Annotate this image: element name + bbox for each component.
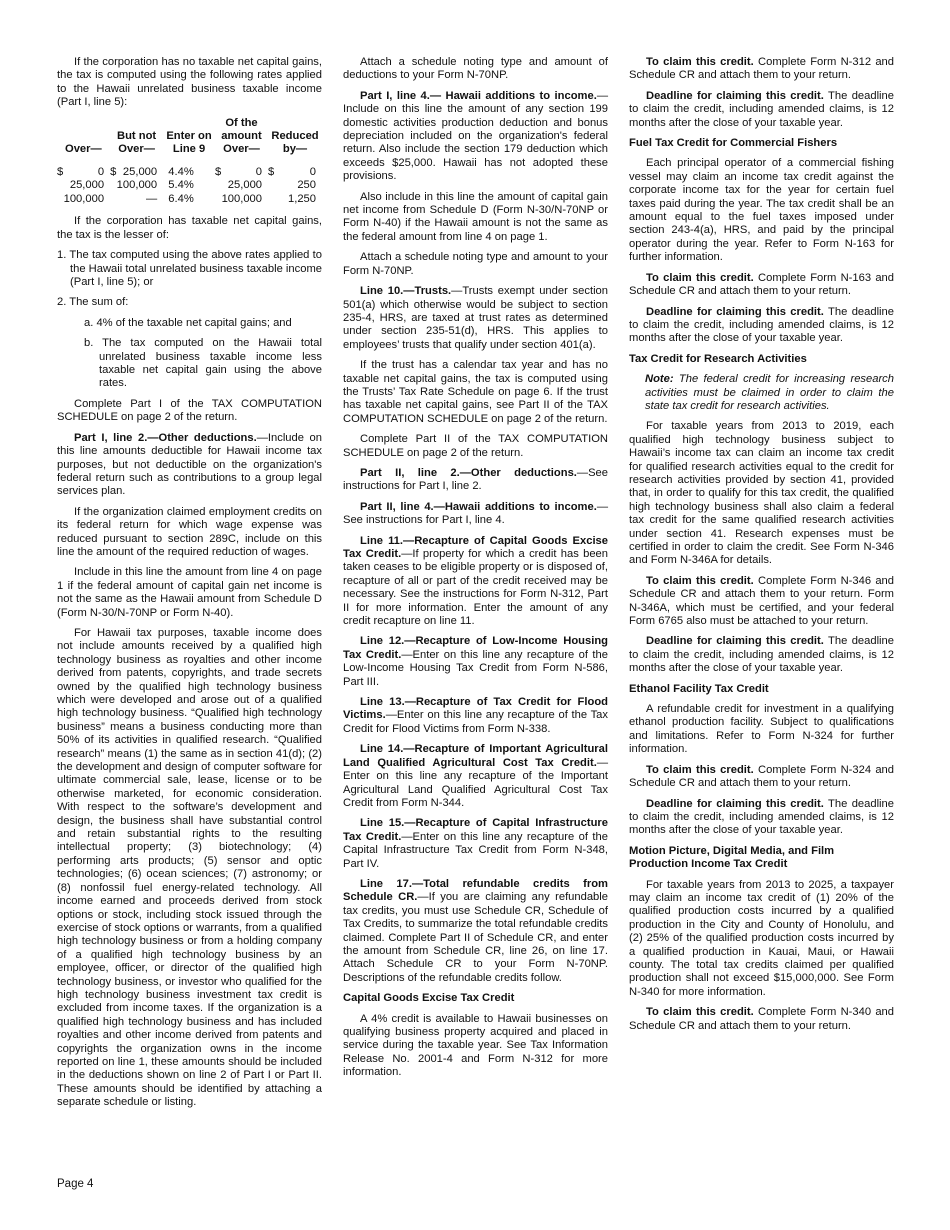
paragraph: To claim this credit. Complete Form N-32… bbox=[629, 764, 894, 791]
paragraph: Attach a schedule noting type and amount… bbox=[343, 251, 608, 278]
table-row: 100,000—6.4%100,0001,250 bbox=[57, 193, 322, 207]
paragraph: If the corporation has taxable net capit… bbox=[57, 215, 322, 242]
note-block: Note: The federal credit for increasing … bbox=[645, 373, 894, 413]
paragraph: Complete Part II of the TAX COMPUTATION … bbox=[343, 433, 608, 460]
currency-value: 0 bbox=[98, 166, 104, 180]
table-row: $0$25,0004.4%$0$0 bbox=[57, 157, 322, 180]
currency-cell: $0 bbox=[215, 166, 262, 180]
table-cell: $0 bbox=[215, 157, 268, 180]
column-container: If the corporation has no taxable net ca… bbox=[57, 56, 894, 1117]
table-header-row: Over—But not Over—Enter on Line 9Of the … bbox=[57, 117, 322, 157]
column-2: Attach a schedule noting type and amount… bbox=[343, 56, 608, 1117]
paragraph: Deadline for claiming this credit. The d… bbox=[629, 306, 894, 346]
currency-cell: $0 bbox=[268, 166, 316, 180]
paragraph: Line 14.—Recapture of Important Agricult… bbox=[343, 743, 608, 810]
paragraph: To claim this credit. Complete Form N-34… bbox=[629, 575, 894, 629]
paragraph: To claim this credit. Complete Form N-31… bbox=[629, 56, 894, 83]
currency-symbol: $ bbox=[215, 166, 221, 180]
paragraph: If the organization claimed employment c… bbox=[57, 506, 322, 560]
table-row: 25,000100,0005.4%25,000250 bbox=[57, 179, 322, 193]
paragraph: Deadline for claiming this credit. The d… bbox=[629, 635, 894, 675]
paragraph: Part I, line 2.—Other deductions.—Includ… bbox=[57, 432, 322, 499]
paragraph: If the trust has a calendar tax year and… bbox=[343, 359, 608, 426]
paragraph: Line 13.—Recapture of Tax Credit for Flo… bbox=[343, 696, 608, 736]
section-heading: Fuel Tax Credit for Commercial Fishers bbox=[629, 137, 894, 150]
paragraph-lead: Line 11.—Recapture of Capital Goods Exci… bbox=[343, 535, 608, 560]
paragraph: To claim this credit. Complete Form N-16… bbox=[629, 272, 894, 299]
table-cell: 5.4% bbox=[163, 179, 215, 193]
list-marker: a. bbox=[84, 317, 96, 329]
currency-value: 0 bbox=[310, 166, 316, 180]
section-heading: Ethanol Facility Tax Credit bbox=[629, 683, 894, 696]
paragraph-lead: To claim this credit. bbox=[646, 1006, 754, 1018]
page-number: Page 4 bbox=[57, 1178, 93, 1190]
table-cell: — bbox=[110, 193, 163, 207]
table-cell: 4.4% bbox=[163, 157, 215, 180]
table-header-cell: Over— bbox=[57, 117, 110, 157]
paragraph: Line 10.—Trusts.—Trusts exempt under sec… bbox=[343, 285, 608, 352]
currency-cell: $25,000 bbox=[110, 166, 157, 180]
table-header-cell: Enter on Line 9 bbox=[163, 117, 215, 157]
currency-symbol: $ bbox=[57, 166, 63, 180]
paragraph: Line 17.—Total refundable credits from S… bbox=[343, 878, 608, 985]
currency-value: 0 bbox=[256, 166, 262, 180]
section-heading: Motion Picture, Digital Media, and Film … bbox=[629, 845, 894, 872]
paragraph-lead: Deadline for claiming this credit. bbox=[646, 90, 824, 102]
paragraph-lead: Line 17.—Total refundable credits from S… bbox=[343, 878, 608, 903]
paragraph-lead: Deadline for claiming this credit. bbox=[646, 306, 824, 318]
note-label: Note: bbox=[645, 373, 674, 385]
table-cell: $0 bbox=[57, 157, 110, 180]
paragraph: Line 11.—Recapture of Capital Goods Exci… bbox=[343, 535, 608, 629]
list-item: a. 4% of the taxable net capital gains; … bbox=[84, 317, 322, 330]
section-heading: Capital Goods Excise Tax Credit bbox=[343, 992, 608, 1005]
paragraph-lead: Deadline for claiming this credit. bbox=[646, 635, 824, 647]
paragraph: Part II, line 4.—Hawaii additions to inc… bbox=[343, 501, 608, 528]
paragraph: Part II, line 2.—Other deductions.—See i… bbox=[343, 467, 608, 494]
paragraph: Each principal operator of a commercial … bbox=[629, 157, 894, 264]
paragraph-lead: To claim this credit. bbox=[646, 764, 754, 776]
paragraph: For taxable years from 2013 to 2019, eac… bbox=[629, 420, 894, 567]
paragraph: Deadline for claiming this credit. The d… bbox=[629, 798, 894, 838]
list-marker: 1. bbox=[57, 249, 69, 261]
paragraph-lead: Part II, line 4.—Hawaii additions to inc… bbox=[360, 501, 597, 513]
table-cell: 250 bbox=[268, 179, 322, 193]
paragraph: Line 15.—Recapture of Capital Infrastruc… bbox=[343, 817, 608, 871]
table-body: $0$25,0004.4%$0$025,000100,0005.4%25,000… bbox=[57, 157, 322, 207]
column-1: If the corporation has no taxable net ca… bbox=[57, 56, 322, 1117]
list-item: b. The tax computed on the Hawaii total … bbox=[84, 337, 322, 391]
currency-symbol: $ bbox=[268, 166, 274, 180]
table-cell: 25,000 bbox=[57, 179, 110, 193]
document-page: If the corporation has no taxable net ca… bbox=[0, 0, 950, 1230]
table-header-cell: Of the amount Over— bbox=[215, 117, 268, 157]
paragraph: A refundable credit for investment in a … bbox=[629, 703, 894, 757]
table-cell: 1,250 bbox=[268, 193, 322, 207]
table-cell: 100,000 bbox=[57, 193, 110, 207]
column-3: To claim this credit. Complete Form N-31… bbox=[629, 56, 894, 1117]
table-head: Over—But not Over—Enter on Line 9Of the … bbox=[57, 117, 322, 157]
paragraph: Line 12.—Recapture of Low-Income Housing… bbox=[343, 635, 608, 689]
paragraph: Complete Part I of the TAX COMPUTATION S… bbox=[57, 398, 322, 425]
list-marker: 2. bbox=[57, 296, 69, 308]
section-heading: Tax Credit for Research Activities bbox=[629, 353, 894, 366]
paragraph: A 4% credit is available to Hawaii busin… bbox=[343, 1013, 608, 1080]
paragraph-lead: To claim this credit. bbox=[646, 575, 754, 587]
list-item: 1. The tax computed using the above rate… bbox=[57, 249, 322, 289]
tax-rate-table: Over—But not Over—Enter on Line 9Of the … bbox=[57, 117, 322, 207]
paragraph-lead: Line 12.—Recapture of Low-Income Housing… bbox=[343, 635, 608, 660]
paragraph-lead: Line 14.—Recapture of Important Agricult… bbox=[343, 743, 608, 768]
table-cell: 25,000 bbox=[215, 179, 268, 193]
paragraph: Attach a schedule noting type and amount… bbox=[343, 56, 608, 83]
paragraph-lead: To claim this credit. bbox=[646, 272, 754, 284]
paragraph: Also include in this line the amount of … bbox=[343, 191, 608, 245]
paragraph: If the corporation has no taxable net ca… bbox=[57, 56, 322, 110]
paragraph: To claim this credit. Complete Form N-34… bbox=[629, 1006, 894, 1033]
table-header-cell: But not Over— bbox=[110, 117, 163, 157]
paragraph: Part I, line 4.— Hawaii additions to inc… bbox=[343, 90, 608, 184]
table-cell: 6.4% bbox=[163, 193, 215, 207]
table-cell: $0 bbox=[268, 157, 322, 180]
paragraph-lead: Line 15.—Recapture of Capital Infrastruc… bbox=[343, 817, 608, 842]
currency-symbol: $ bbox=[110, 166, 116, 180]
paragraph-lead: Line 10.—Trusts. bbox=[360, 285, 451, 297]
paragraph-lead: Part I, line 2.—Other deductions. bbox=[74, 432, 257, 444]
table-cell: 100,000 bbox=[110, 179, 163, 193]
paragraph: Include in this line the amount from lin… bbox=[57, 566, 322, 620]
paragraph-lead: Deadline for claiming this credit. bbox=[646, 798, 824, 810]
table-cell: $25,000 bbox=[110, 157, 163, 180]
paragraph: For taxable years from 2013 to 2025, a t… bbox=[629, 879, 894, 1000]
paragraph-lead: Line 13.—Recapture of Tax Credit for Flo… bbox=[343, 696, 608, 721]
paragraph-lead: To claim this credit. bbox=[646, 56, 754, 68]
list-item: 2. The sum of: bbox=[57, 296, 322, 309]
paragraph: For Hawaii tax purposes, taxable income … bbox=[57, 627, 322, 1110]
currency-cell: $0 bbox=[57, 166, 104, 180]
paragraph-lead: Part I, line 4.— Hawaii additions to inc… bbox=[360, 90, 597, 102]
currency-value: 25,000 bbox=[123, 166, 157, 180]
table-header-cell: Reduced by— bbox=[268, 117, 322, 157]
paragraph-lead: Part II, line 2.—Other deductions. bbox=[360, 467, 577, 479]
list-marker: b. bbox=[84, 337, 102, 349]
table-cell: 100,000 bbox=[215, 193, 268, 207]
paragraph: Deadline for claiming this credit. The d… bbox=[629, 90, 894, 130]
